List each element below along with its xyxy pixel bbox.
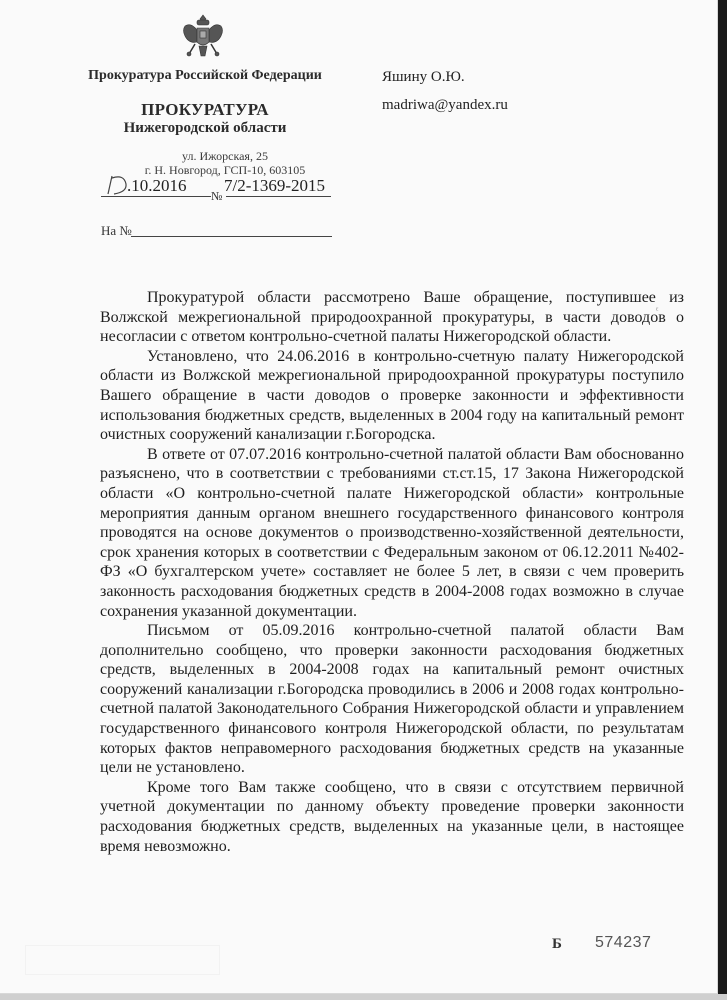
outgoing-date: .10.2016: [127, 176, 187, 196]
form-series: Б: [552, 936, 562, 953]
paragraph: Письмом от 05.09.2016 контрольно-счетной…: [100, 621, 684, 778]
reply-to-underline: [131, 236, 332, 237]
recipient-name: Яшину О.Ю.: [382, 69, 465, 86]
paragraph: В ответе от 07.07.2016 контрольно-счетно…: [100, 445, 684, 621]
reply-to-label: На №: [101, 223, 132, 239]
address-street: ул. Ижорская, 25: [60, 149, 390, 164]
faint-watermark-stamp: [25, 945, 220, 975]
number-underline: [226, 196, 331, 197]
coat-of-arms-icon: [177, 12, 229, 64]
date-underline: [101, 196, 211, 197]
organization-name: Прокуратура Российской Федерации: [60, 68, 350, 84]
letter-body: Прокуратурой области рассмотрено Ваше об…: [100, 288, 684, 856]
form-serial-number: 574237: [595, 934, 651, 952]
scan-edge-bottom: [0, 994, 727, 1000]
paragraph: Кроме того Вам также сообщено, что в свя…: [100, 778, 684, 856]
office-region: Нижегородской области: [60, 120, 350, 137]
office-title: ПРОКУРАТУРА: [60, 100, 350, 120]
paragraph: Прокуратурой области рассмотрено Ваше об…: [100, 288, 684, 347]
scan-edge-right: [718, 0, 727, 1000]
paragraph: Установлено, что 24.06.2016 в контрольно…: [100, 347, 684, 445]
letter-page: Прокуратура Российской Федерации ПРОКУРА…: [0, 0, 718, 994]
number-sign: №: [211, 189, 222, 204]
outgoing-number: 7/2-1369-2015: [224, 176, 325, 196]
recipient-email: madriwa@yandex.ru: [382, 97, 508, 114]
